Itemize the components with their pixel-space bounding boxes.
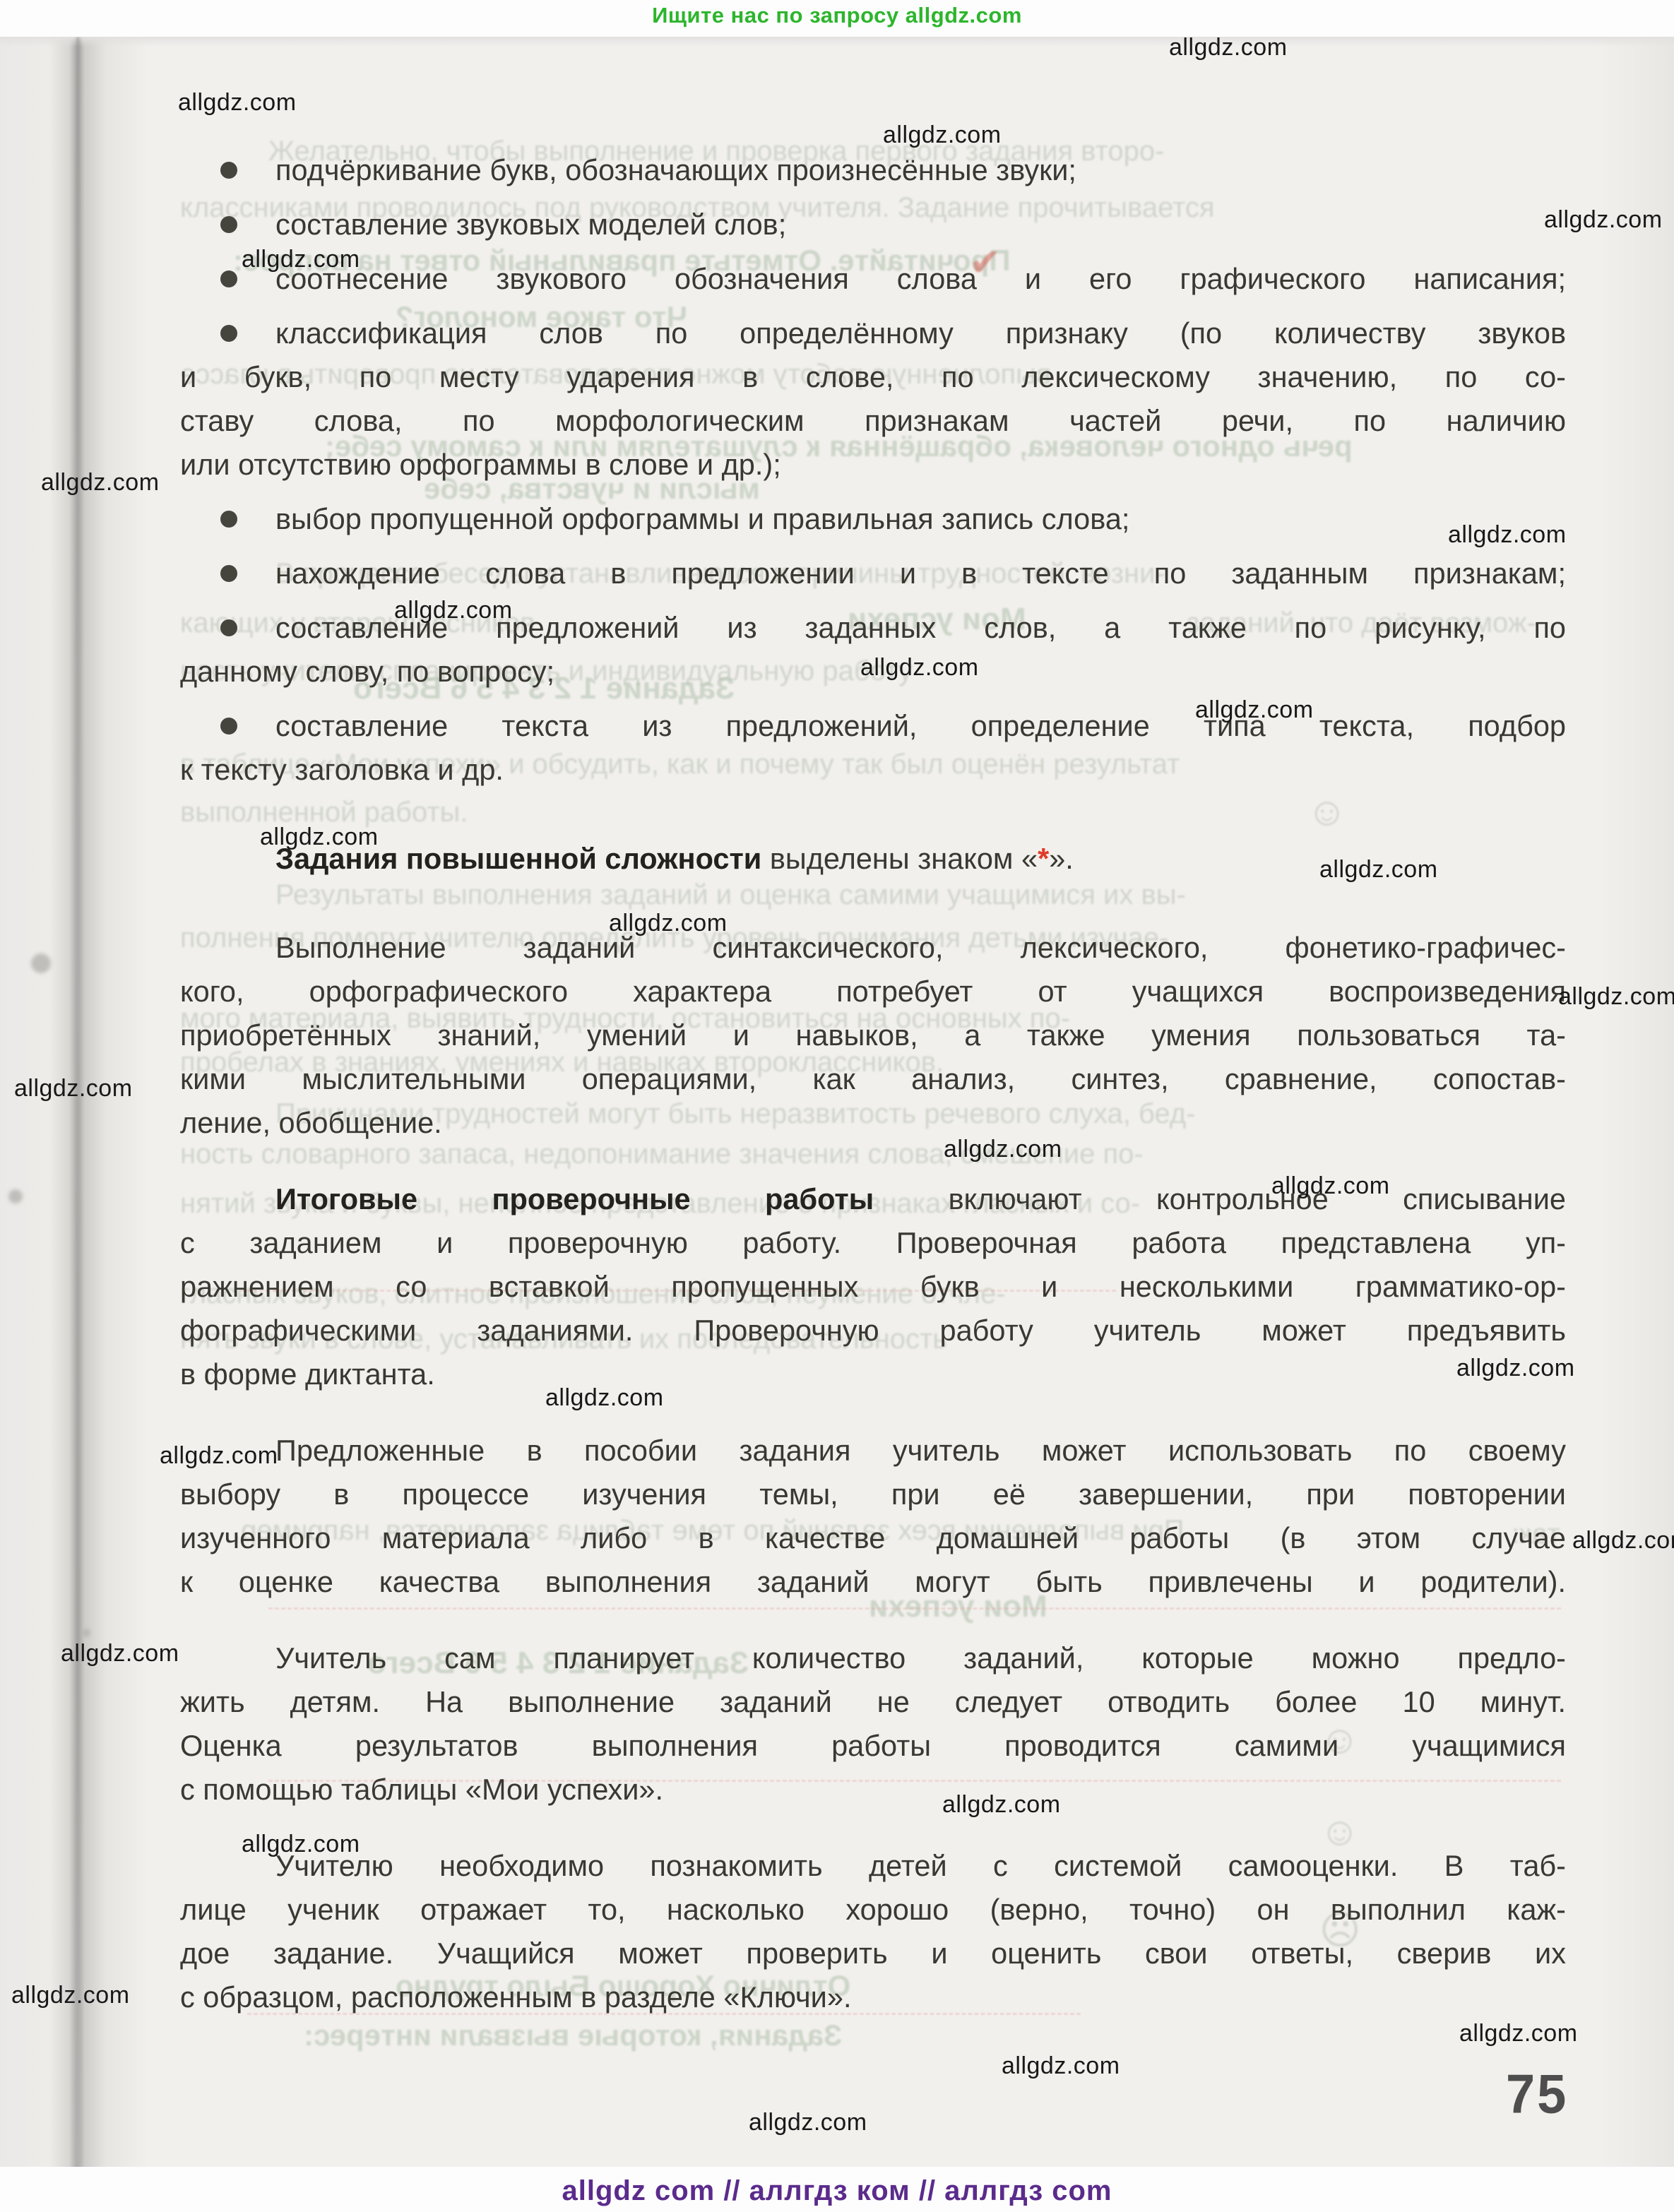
bullet-item: нахождение слова в предложении и в текст… (180, 552, 1566, 595)
body-line: составление предложений из заданных слов… (180, 606, 1566, 650)
paragraph-line: выбору в процессе изучения темы, при её … (180, 1473, 1566, 1516)
paragraph: Итоговые проверочные работы включают кон… (180, 1177, 1566, 1396)
bullet-dot-icon (220, 216, 237, 233)
body-line: данному слову, по вопросу; (180, 650, 1566, 694)
bullet-dot-icon (220, 325, 237, 342)
paragraph-line: Предложенные в пособии задания учитель м… (180, 1429, 1566, 1473)
paper-speck (82, 1629, 90, 1637)
paragraph-line: приобретённых знаний, умений и навыков, … (180, 1013, 1566, 1057)
paragraph-line: изученного материала либо в качестве дом… (180, 1516, 1566, 1560)
bullet-item: составление текста из предложений, опред… (180, 704, 1566, 792)
body-line: составление звуковых моделей слов; (180, 203, 1566, 246)
paragraph-line: к оценке качества выполнения заданий мог… (180, 1560, 1566, 1604)
paper-speck (31, 953, 51, 973)
paragraph-line: с помощью таблицы «Мои успехи». (180, 1768, 1566, 1812)
paragraph: Учитель сам планирует количество заданий… (180, 1636, 1566, 1812)
body-line: классификация слов по определённому приз… (180, 311, 1566, 355)
paragraph-line: в форме диктанта. (180, 1352, 1566, 1396)
paragraph-line: с образцом, расположенным в разделе «Клю… (180, 1975, 1566, 2019)
body-line: составление текста из предложений, опред… (180, 704, 1566, 748)
bullet-item: составление звуковых моделей слов; (180, 203, 1566, 246)
bullet-item: подчёркивание букв, обозначающих произне… (180, 148, 1566, 192)
bullet-item: выбор пропущенной орфограммы и правильна… (180, 497, 1566, 541)
bullet-item: соотнесение звукового обозначения слова … (180, 257, 1566, 301)
paragraph: Учителю необходимо познакомить детей с с… (180, 1844, 1566, 2019)
body-line: подчёркивание букв, обозначающих произне… (180, 148, 1566, 192)
paragraph-line: ление, обобщение. (180, 1101, 1566, 1145)
scanned-book-page: { "page": { "header_note": "Ищите нас по… (0, 0, 1674, 2212)
paper-speck (8, 1189, 23, 1203)
paragraph-line: кими мыслительными операциями, как анали… (180, 1057, 1566, 1101)
paragraph-line: Учителю необходимо познакомить детей с с… (180, 1844, 1566, 1888)
paragraph-line: фографическими заданиями. Проверочную ра… (180, 1309, 1566, 1352)
body-line: нахождение слова в предложении и в текст… (180, 552, 1566, 595)
paragraph-line: Итоговые проверочные работы включают кон… (180, 1177, 1566, 1221)
paragraph-line: кого, орфографического характера потребу… (180, 970, 1566, 1013)
paragraph: Предложенные в пособии задания учитель м… (180, 1429, 1566, 1604)
note-line: Задания повышенной сложности выделены зн… (180, 837, 1566, 881)
bottom-band: allgdz com // аллгдз ком // аллгдз com (0, 2167, 1674, 2212)
paragraph-line: жить детям. На выполнение заданий не сле… (180, 1680, 1566, 1724)
bullet-dot-icon (220, 619, 237, 636)
asterisk-mark: * (1038, 842, 1049, 875)
bullet-dot-icon (220, 718, 237, 735)
page-content: подчёркивание букв, обозначающих произне… (180, 148, 1566, 2019)
paragraph-lead-bold: Итоговые проверочные работы (275, 1182, 874, 1215)
top-band: Ищите нас по запросу allgdz.com (0, 0, 1674, 37)
note-mid-text: выделены знаком « (761, 842, 1038, 875)
paragraphs: Выполнение заданий синтаксического, лекс… (180, 926, 1566, 2019)
paragraph: Выполнение заданий синтаксического, лекс… (180, 926, 1566, 1145)
footer-note: allgdz com // аллгдз ком // аллгдз com (562, 2175, 1112, 2207)
paragraph-line: дое задание. Учащийся может проверить и … (180, 1932, 1566, 1975)
note-bold-text: Задания повышенной сложности (275, 842, 761, 875)
bullet-dot-icon (220, 511, 237, 528)
note-end-text: ». (1049, 842, 1074, 875)
paragraph-line: лице ученик отражает то, насколько хорош… (180, 1888, 1566, 1932)
paragraph-line: Учитель сам планирует количество заданий… (180, 1636, 1566, 1680)
bullet-item: классификация слов по определённому приз… (180, 311, 1566, 487)
bullet-list: подчёркивание букв, обозначающих произне… (180, 148, 1566, 792)
paragraph-line: Оценка результатов выполнения работы про… (180, 1724, 1566, 1768)
body-line: соотнесение звукового обозначения слова … (180, 257, 1566, 301)
bullet-dot-icon (220, 565, 237, 582)
body-line: ставу слова, по морфологическим признака… (180, 399, 1566, 443)
bullet-item: составление предложений из заданных слов… (180, 606, 1566, 694)
paragraph-line: Выполнение заданий синтаксического, лекс… (180, 926, 1566, 970)
bullet-dot-icon (220, 162, 237, 179)
body-line: к тексту заголовка и др. (180, 748, 1566, 792)
body-line: выбор пропущенной орфограммы и правильна… (180, 497, 1566, 541)
body-line: или отсутствию орфограммы в слове и др.)… (180, 443, 1566, 487)
paragraph-line: ражнением со вставкой пропущенных букв и… (180, 1265, 1566, 1309)
page-number: 75 (1506, 2062, 1568, 2125)
body-line: и букв, по месту ударения в слове, по ле… (180, 355, 1566, 399)
header-note: Ищите нас по запросу allgdz.com (652, 3, 1022, 28)
bleedthrough-text: Задания, которые вызвали интерес: (304, 2018, 842, 2052)
bullet-dot-icon (220, 270, 237, 287)
paragraph-line: с заданием и проверочную работу. Проверо… (180, 1221, 1566, 1265)
